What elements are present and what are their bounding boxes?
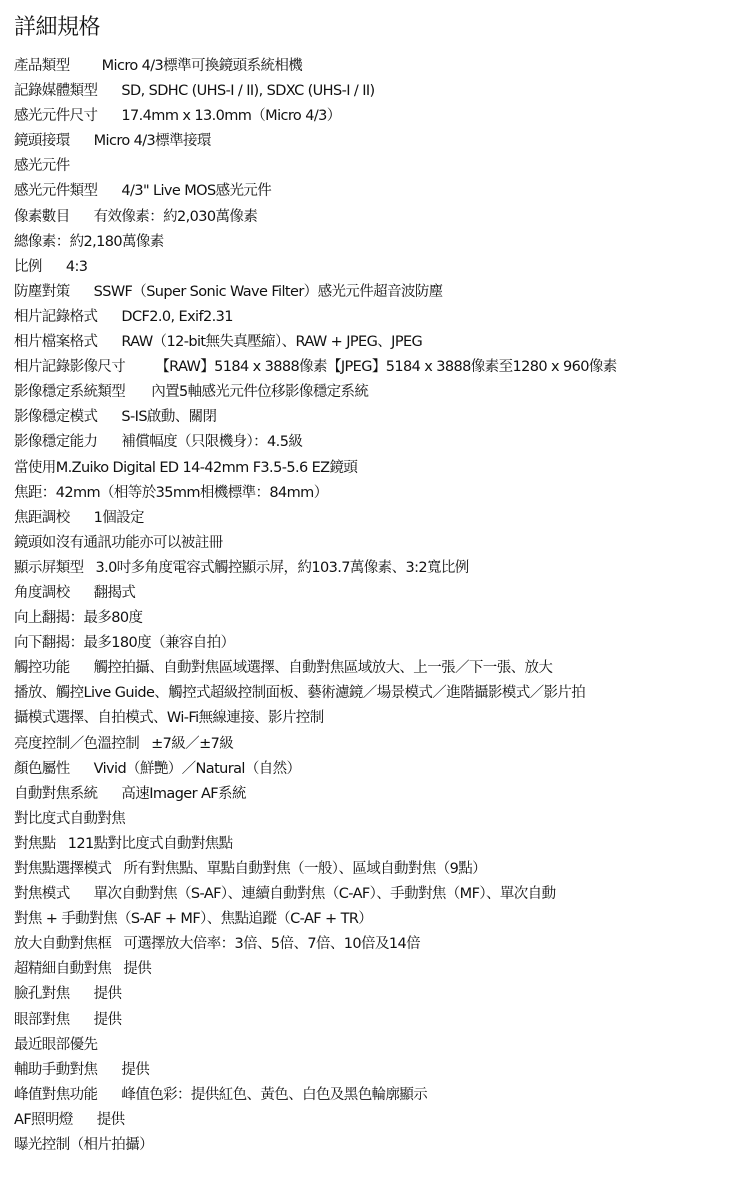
spec-label: 像素數目 bbox=[14, 205, 70, 230]
spec-label: 對比度式自動對焦 bbox=[14, 807, 125, 832]
spec-value: 翻揭式 bbox=[94, 585, 136, 601]
spec-label: AF照明燈 bbox=[14, 1108, 73, 1133]
spec-row: 當使用M.Zuiko Digital ED 14-42mm F3.5-5.6 E… bbox=[14, 456, 750, 481]
spec-value: DCF2.0, Exif2.31 bbox=[121, 309, 232, 325]
spec-row: 對焦點121點對比度式自動對焦點 bbox=[14, 832, 750, 857]
spec-label: 顯示屏類型 bbox=[14, 556, 84, 581]
spec-label: 峰值對焦功能 bbox=[14, 1083, 97, 1108]
spec-value: 高速Imager AF系統 bbox=[121, 786, 245, 802]
spec-value: 提供 bbox=[94, 1012, 122, 1028]
spec-label: 亮度控制／色溫控制 bbox=[14, 732, 139, 757]
spec-row: 影像穩定模式S-IS啟動、關閉 bbox=[14, 405, 750, 430]
spec-value: 提供 bbox=[121, 1062, 149, 1078]
spec-label: 焦距：42mm（相等於35mm相機標準：84mm） bbox=[14, 481, 328, 506]
spec-label: 影像穩定能力 bbox=[14, 430, 97, 455]
spec-label: 相片記錄格式 bbox=[14, 305, 97, 330]
spec-label: 曝光控制（相片拍攝） bbox=[14, 1133, 153, 1158]
spec-label: 自動對焦系統 bbox=[14, 782, 97, 807]
spec-value: ±7級／±7級 bbox=[151, 736, 233, 752]
spec-label: 相片檔案格式 bbox=[14, 330, 97, 355]
spec-value: RAW（12-bit無失真壓縮）、RAW + JPEG、JPEG bbox=[121, 334, 422, 350]
spec-label: 對焦 + 手動對焦（S-AF + MF）、焦點追蹤（C-AF + TR） bbox=[14, 907, 372, 932]
spec-value: 提供 bbox=[94, 986, 122, 1002]
spec-row: 對焦 + 手動對焦（S-AF + MF）、焦點追蹤（C-AF + TR） bbox=[14, 907, 750, 932]
spec-row: 向下翻揭：最多180度（兼容自拍） bbox=[14, 631, 750, 656]
spec-label: 觸控功能 bbox=[14, 656, 70, 681]
spec-label: 當使用M.Zuiko Digital ED 14-42mm F3.5-5.6 E… bbox=[14, 456, 357, 481]
spec-value: 觸控拍攝、自動對焦區域選擇、自動對焦區域放大、上一張／下一張、放大 bbox=[94, 660, 553, 676]
spec-row: 輔助手動對焦提供 bbox=[14, 1058, 750, 1083]
spec-value: Micro 4/3標準可換鏡頭系統相機 bbox=[102, 58, 303, 74]
spec-row: 焦距調校1個設定 bbox=[14, 506, 750, 531]
spec-value: SD, SDHC (UHS-I / II), SDXC (UHS-I / II) bbox=[121, 83, 374, 99]
spec-label: 超精細自動對焦 bbox=[14, 957, 111, 982]
spec-row: 播放、觸控Live Guide、觸控式超級控制面板、藝術濾鏡／場景模式／進階攝影… bbox=[14, 681, 750, 706]
spec-page: 詳細規格 產品類型Micro 4/3標準可換鏡頭系統相機記錄媒體類型SD, SD… bbox=[0, 0, 750, 1158]
page-title: 詳細規格 bbox=[14, 12, 750, 44]
spec-label: 焦距調校 bbox=[14, 506, 70, 531]
spec-label: 播放、觸控Live Guide、觸控式超級控制面板、藝術濾鏡／場景模式／進階攝影… bbox=[14, 681, 585, 706]
spec-value: 可選擇放大倍率：3倍、5倍、7倍、10倍及14倍 bbox=[123, 936, 420, 952]
spec-row: 鏡頭如沒有通訊功能亦可以被註冊 bbox=[14, 531, 750, 556]
spec-row: 記錄媒體類型SD, SDHC (UHS-I / II), SDXC (UHS-I… bbox=[14, 79, 750, 104]
spec-label: 感光元件尺寸 bbox=[14, 104, 97, 129]
spec-label: 比例 bbox=[14, 255, 42, 280]
spec-label: 影像穩定系統類型 bbox=[14, 380, 125, 405]
spec-label: 總像素：約2,180萬像素 bbox=[14, 230, 164, 255]
spec-label: 影像穩定模式 bbox=[14, 405, 97, 430]
spec-label: 眼部對焦 bbox=[14, 1008, 70, 1033]
spec-row: 對比度式自動對焦 bbox=[14, 807, 750, 832]
spec-value: 峰值色彩：提供紅色、黃色、白色及黑色輪廓顯示 bbox=[121, 1087, 427, 1103]
spec-row: 對焦模式單次自動對焦（S-AF）、連續自動對焦（C-AF）、手動對焦（MF）、單… bbox=[14, 882, 750, 907]
spec-row: 感光元件尺寸17.4mm x 13.0mm（Micro 4/3） bbox=[14, 104, 750, 129]
spec-row: 臉孔對焦提供 bbox=[14, 982, 750, 1007]
spec-value: 【RAW】5184 x 3888像素【JPEG】5184 x 3888像素至12… bbox=[155, 359, 616, 375]
spec-row: AF照明燈提供 bbox=[14, 1108, 750, 1133]
spec-row: 相片檔案格式RAW（12-bit無失真壓縮）、RAW + JPEG、JPEG bbox=[14, 330, 750, 355]
spec-value: 17.4mm x 13.0mm（Micro 4/3） bbox=[121, 108, 340, 124]
spec-value: 4:3 bbox=[66, 259, 88, 275]
spec-value: S-IS啟動、關閉 bbox=[121, 409, 216, 425]
spec-row: 像素數目有效像素：約2,030萬像素 bbox=[14, 205, 750, 230]
spec-label: 向下翻揭：最多180度（兼容自拍） bbox=[14, 631, 234, 656]
spec-value: 提供 bbox=[97, 1112, 125, 1128]
spec-row: 自動對焦系統高速Imager AF系統 bbox=[14, 782, 750, 807]
spec-row: 向上翻揭：最多80度 bbox=[14, 606, 750, 631]
spec-row: 比例4:3 bbox=[14, 255, 750, 280]
spec-label: 臉孔對焦 bbox=[14, 982, 70, 1007]
spec-row: 感光元件類型4/3" Live MOS感光元件 bbox=[14, 179, 750, 204]
spec-label: 相片記錄影像尺寸 bbox=[14, 355, 125, 380]
spec-row: 鏡頭接環Micro 4/3標準接環 bbox=[14, 129, 750, 154]
spec-label: 攝模式選擇、自拍模式、Wi-Fi無線連接、影片控制 bbox=[14, 706, 324, 731]
spec-row: 產品類型Micro 4/3標準可換鏡頭系統相機 bbox=[14, 54, 750, 79]
spec-row: 觸控功能觸控拍攝、自動對焦區域選擇、自動對焦區域放大、上一張／下一張、放大 bbox=[14, 656, 750, 681]
spec-value: Vivid（鮮艷）／Natural（自然） bbox=[94, 761, 301, 777]
spec-row: 對焦點選擇模式所有對焦點、單點自動對焦（一般）、區域自動對焦（9點） bbox=[14, 857, 750, 882]
spec-row: 曝光控制（相片拍攝） bbox=[14, 1133, 750, 1158]
spec-row: 顏色屬性Vivid（鮮艷）／Natural（自然） bbox=[14, 757, 750, 782]
spec-row: 最近眼部優先 bbox=[14, 1033, 750, 1058]
spec-row: 防塵對策SSWF（Super Sonic Wave Filter）感光元件超音波… bbox=[14, 280, 750, 305]
spec-label: 向上翻揭：最多80度 bbox=[14, 606, 142, 631]
spec-label: 最近眼部優先 bbox=[14, 1033, 97, 1058]
spec-value: 補償幅度（只限機身）：4.5級 bbox=[121, 434, 302, 450]
spec-label: 記錄媒體類型 bbox=[14, 79, 97, 104]
spec-label: 顏色屬性 bbox=[14, 757, 70, 782]
spec-label: 對焦點選擇模式 bbox=[14, 857, 111, 882]
spec-value: 1個設定 bbox=[94, 510, 144, 526]
spec-value: 121點對比度式自動對焦點 bbox=[68, 836, 233, 852]
spec-row: 峰值對焦功能峰值色彩：提供紅色、黃色、白色及黑色輪廓顯示 bbox=[14, 1083, 750, 1108]
spec-label: 鏡頭接環 bbox=[14, 129, 70, 154]
spec-row: 顯示屏類型3.0吋多角度電容式觸控顯示屏，約103.7萬像素、3:2寬比例 bbox=[14, 556, 750, 581]
spec-row: 焦距：42mm（相等於35mm相機標準：84mm） bbox=[14, 481, 750, 506]
spec-value: 提供 bbox=[123, 961, 151, 977]
spec-label: 產品類型 bbox=[14, 54, 70, 79]
spec-row: 亮度控制／色溫控制±7級／±7級 bbox=[14, 732, 750, 757]
spec-label: 角度調校 bbox=[14, 581, 70, 606]
spec-label: 放大自動對焦框 bbox=[14, 932, 111, 957]
spec-row: 影像穩定能力補償幅度（只限機身）：4.5級 bbox=[14, 430, 750, 455]
spec-value: SSWF（Super Sonic Wave Filter）感光元件超音波防塵 bbox=[94, 284, 443, 300]
spec-value: 內置5軸感光元件位移影像穩定系統 bbox=[151, 384, 368, 400]
spec-value: 所有對焦點、單點自動對焦（一般）、區域自動對焦（9點） bbox=[123, 861, 486, 877]
spec-value: 3.0吋多角度電容式觸控顯示屏，約103.7萬像素、3:2寬比例 bbox=[96, 560, 469, 576]
spec-value: 有效像素：約2,030萬像素 bbox=[94, 209, 258, 225]
spec-label: 防塵對策 bbox=[14, 280, 70, 305]
spec-row: 相片記錄格式DCF2.0, Exif2.31 bbox=[14, 305, 750, 330]
spec-row: 攝模式選擇、自拍模式、Wi-Fi無線連接、影片控制 bbox=[14, 706, 750, 731]
spec-list: 產品類型Micro 4/3標準可換鏡頭系統相機記錄媒體類型SD, SDHC (U… bbox=[14, 54, 750, 1158]
spec-label: 輔助手動對焦 bbox=[14, 1058, 97, 1083]
spec-row: 角度調校翻揭式 bbox=[14, 581, 750, 606]
spec-row: 總像素：約2,180萬像素 bbox=[14, 230, 750, 255]
spec-row: 影像穩定系統類型內置5軸感光元件位移影像穩定系統 bbox=[14, 380, 750, 405]
spec-row: 眼部對焦提供 bbox=[14, 1008, 750, 1033]
spec-label: 感光元件類型 bbox=[14, 179, 97, 204]
spec-row: 超精細自動對焦提供 bbox=[14, 957, 750, 982]
spec-value: 4/3" Live MOS感光元件 bbox=[121, 183, 271, 199]
spec-value: 單次自動對焦（S-AF）、連續自動對焦（C-AF）、手動對焦（MF）、單次自動 bbox=[94, 886, 556, 902]
spec-label: 鏡頭如沒有通訊功能亦可以被註冊 bbox=[14, 531, 223, 556]
spec-label: 感光元件 bbox=[14, 154, 70, 179]
spec-label: 對焦點 bbox=[14, 832, 56, 857]
spec-label: 對焦模式 bbox=[14, 882, 70, 907]
spec-row: 感光元件 bbox=[14, 154, 750, 179]
spec-row: 放大自動對焦框可選擇放大倍率：3倍、5倍、7倍、10倍及14倍 bbox=[14, 932, 750, 957]
spec-value: Micro 4/3標準接環 bbox=[94, 133, 211, 149]
spec-row: 相片記錄影像尺寸【RAW】5184 x 3888像素【JPEG】5184 x 3… bbox=[14, 355, 750, 380]
